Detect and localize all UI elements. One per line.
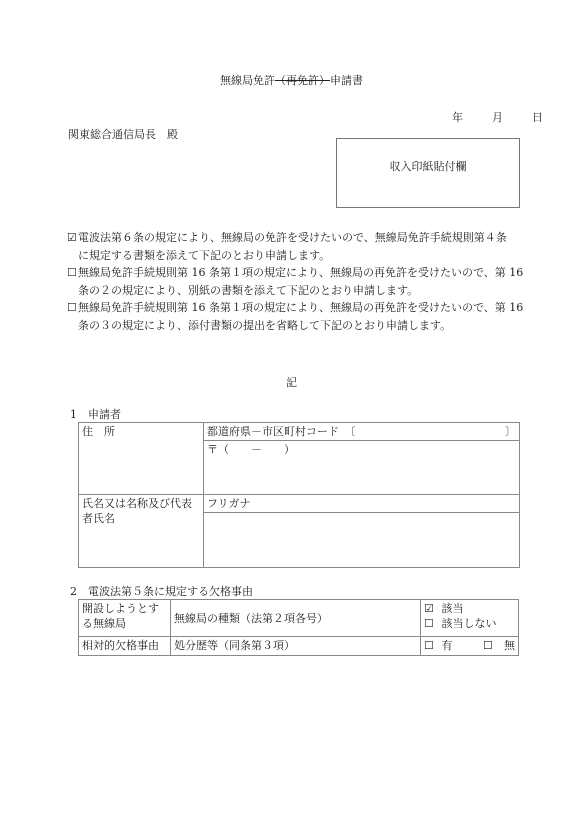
name-label-line: 者氏名: [82, 511, 200, 526]
name-field[interactable]: [204, 513, 520, 568]
date-month: 月: [492, 109, 503, 125]
clause-text-line: 条の３の規定により、添付書類の提出を省略して下記のとおり申請します。: [78, 317, 527, 335]
relative-disqualification-label: 相対的欠格事由: [79, 637, 171, 656]
clause-text-line: 電波法第６条の規定により、無線局の免許を受けたいので、無線局免許手続規則第４条: [78, 229, 527, 247]
stamp-box-label: 収入印紙貼付欄: [390, 158, 467, 174]
furigana-field[interactable]: フリガナ: [204, 495, 520, 513]
clause-text-line: に規定する書類を添えて下記のとおり申請します。: [78, 247, 527, 265]
applicant-table: 住 所 都道府県－市区町村コード 〔〕 〒（ － ） 氏名又は名称及び代表 者氏…: [78, 422, 520, 568]
checkbox-unchecked-icon[interactable]: ☐: [424, 638, 438, 653]
title-struck-text: （再免許）: [275, 74, 330, 87]
section1-heading: 1 申請者: [70, 406, 121, 422]
date-day: 日: [532, 109, 543, 125]
title-suffix: 申請書: [330, 74, 363, 87]
checkbox-unchecked-icon[interactable]: ☐: [483, 638, 497, 653]
revenue-stamp-box: 収入印紙貼付欄: [336, 138, 520, 208]
clause-renewal-with-docs: ☐ 無線局免許手続規則第 16 条第１項の規定により、無線局の再免許を受けたいの…: [67, 264, 527, 299]
document-title: 無線局免許（再免許）申請書: [0, 72, 583, 88]
option-applicable: 該当: [442, 602, 464, 615]
pref-code-field[interactable]: 都道府県－市区町村コード 〔〕: [204, 423, 520, 441]
checkbox-checked-icon[interactable]: ☑: [424, 601, 438, 616]
station-label-line: 開設しようとす: [82, 601, 167, 616]
application-clauses: ☑ 電波法第６条の規定により、無線局の免許を受けたいので、無線局免許手続規則第４…: [67, 229, 527, 334]
disqualification-table: 開設しようとす る無線局 無線局の種類（法第２項各号） ☑ 該当 ☐ 該当しない…: [78, 599, 519, 656]
section2-heading: 2 電波法第５条に規定する欠格事由: [70, 583, 253, 599]
station-type-text: 無線局の種類（法第２項各号）: [171, 600, 421, 637]
name-label: 氏名又は名称及び代表 者氏名: [79, 495, 204, 568]
addressee: 関東総合通信局長 殿: [68, 126, 178, 142]
name-label-line: 氏名又は名称及び代表: [82, 496, 200, 511]
ki-heading: 記: [0, 374, 583, 390]
pref-code-close: 〕: [505, 424, 516, 439]
station-label-line: る無線局: [82, 616, 167, 631]
address-label: 住 所: [79, 423, 204, 495]
postal-address-field[interactable]: 〒（ － ）: [204, 441, 520, 495]
checkbox-unchecked-icon[interactable]: ☐: [424, 616, 438, 631]
option-not-applicable: 該当しない: [442, 617, 497, 630]
option-no: 無: [504, 639, 515, 652]
clause-text-line: 無線局免許手続規則第 16 条第１項の規定により、無線局の再免許を受けたいので、…: [78, 264, 527, 282]
disposition-options: ☐ 有 ☐ 無: [421, 637, 519, 656]
clause-text-line: 無線局免許手続規則第 16 条第１項の規定により、無線局の再免許を受けたいので、…: [78, 299, 527, 317]
checkbox-unchecked-icon[interactable]: ☐: [67, 264, 78, 282]
clause-new-license: ☑ 電波法第６条の規定により、無線局の免許を受けたいので、無線局免許手続規則第４…: [67, 229, 527, 264]
clause-text-line: 条の２の規定により、別紙の書類を添えて下記のとおり申請します。: [78, 282, 527, 300]
station-label: 開設しようとす る無線局: [79, 600, 171, 637]
checkbox-checked-icon[interactable]: ☑: [67, 229, 78, 247]
clause-renewal-omit-docs: ☐ 無線局免許手続規則第 16 条第１項の規定により、無線局の再免許を受けたいの…: [67, 299, 527, 334]
date-year: 年: [452, 109, 463, 125]
date-line: 年 月 日: [452, 109, 543, 125]
title-prefix: 無線局免許: [220, 74, 275, 87]
station-options: ☑ 該当 ☐ 該当しない: [421, 600, 519, 637]
checkbox-unchecked-icon[interactable]: ☐: [67, 299, 78, 317]
disposition-history-text: 処分歴等（同条第３項）: [171, 637, 421, 656]
pref-code-label: 都道府県－市区町村コード 〔: [207, 425, 356, 438]
option-yes: 有: [442, 639, 453, 652]
